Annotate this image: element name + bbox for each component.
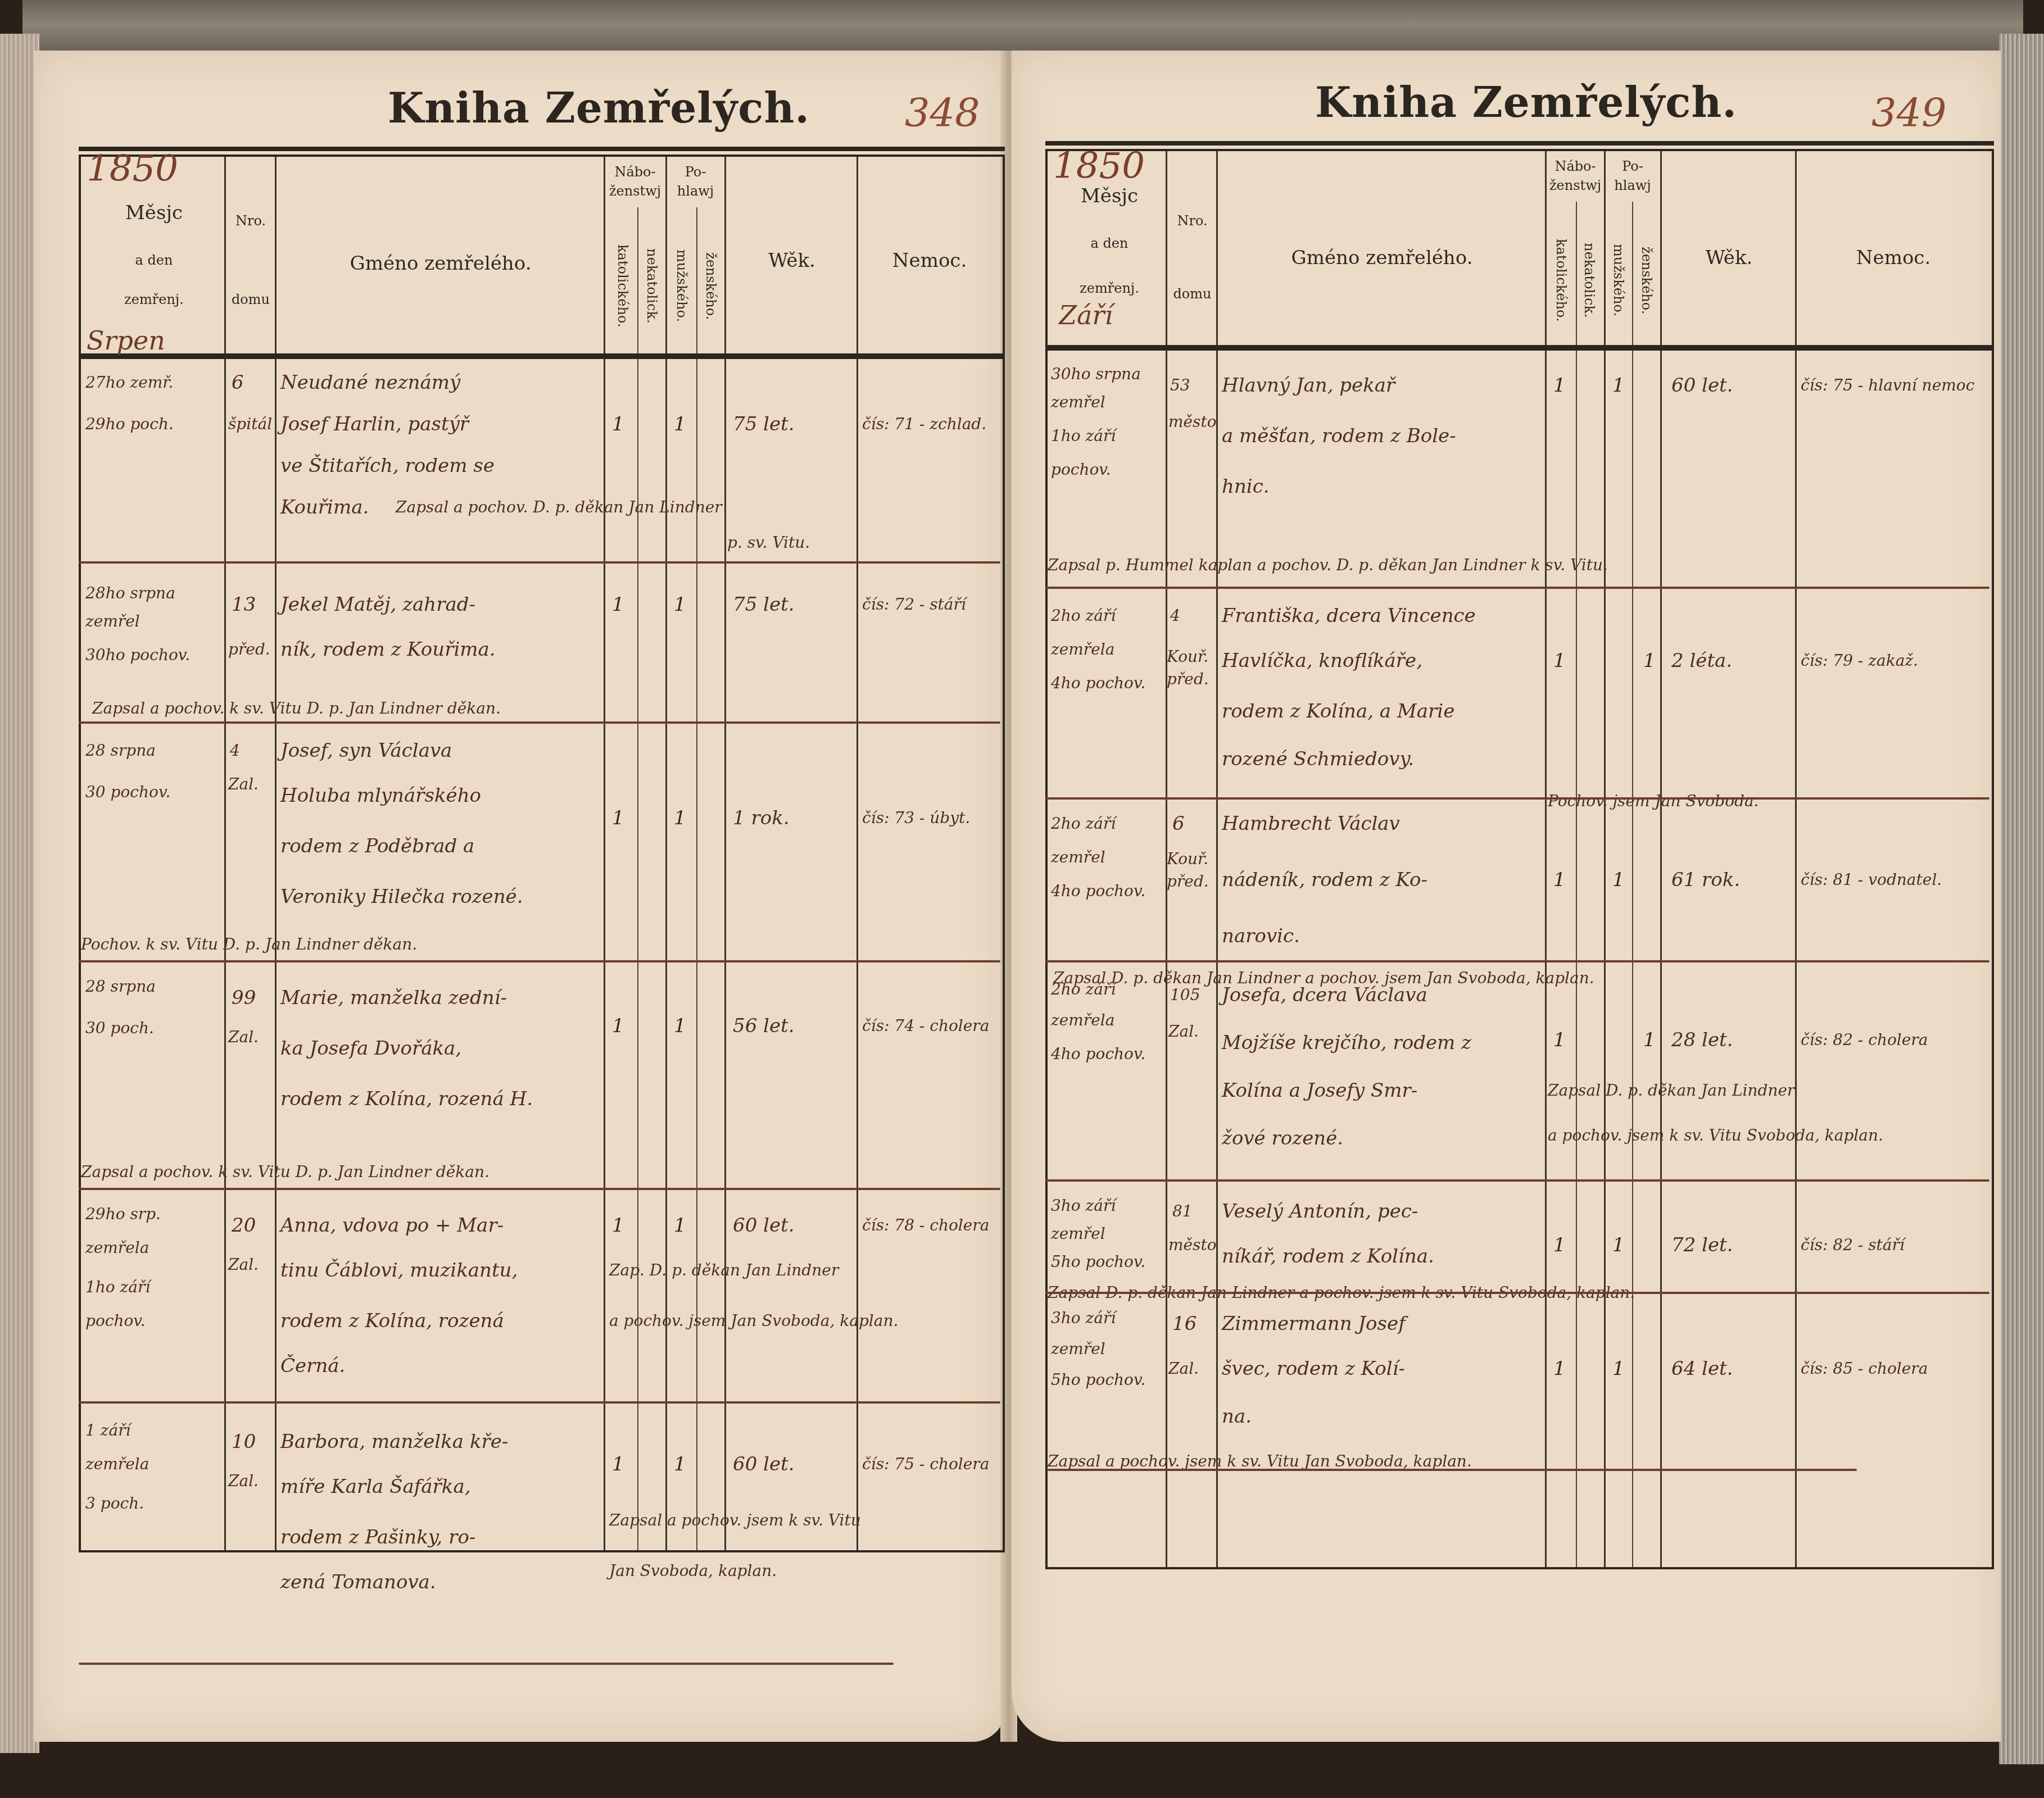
entry-name: žové rozené. bbox=[1222, 1118, 1343, 1159]
header-nro: Nro. bbox=[228, 213, 273, 229]
entry-name: Černá. bbox=[280, 1345, 345, 1387]
entry-disease: čís: 85 - cholera bbox=[1801, 1348, 1928, 1390]
entry-name: Josefa, dcera Václava bbox=[1222, 974, 1427, 1016]
entry-date: 30ho pochov. bbox=[85, 634, 190, 676]
entry-house: 4 bbox=[1170, 595, 1180, 637]
entry-burial-note: a pochov. jsem k sv. Vitu Svoboda, kapla… bbox=[1548, 1115, 1883, 1156]
entry-house: Kouř. před. bbox=[1167, 646, 1214, 691]
entry-name: na. bbox=[1222, 1396, 1252, 1437]
entry-age: 60 let. bbox=[1671, 365, 1733, 406]
entry-burial-note: Zapsal a pochov. k sv. Vitu D. p. Jan Li… bbox=[81, 1151, 490, 1193]
header-religion: Nábo-ženstwj bbox=[605, 162, 665, 201]
header-month: Měsjc bbox=[1053, 185, 1166, 207]
right-page-stack-edge bbox=[1999, 34, 2044, 1764]
entry-burial-note: p. sv. Vitu. bbox=[727, 522, 810, 564]
entry-house: 16 bbox=[1172, 1303, 1197, 1345]
entry-burial-note: Zapsal a pochov. D. p. děkan Jan Lindner bbox=[396, 487, 722, 528]
entry-name: Hlavný Jan, pekař bbox=[1222, 365, 1395, 406]
entry-age: 72 let. bbox=[1671, 1224, 1733, 1266]
entry-name: Josef, syn Václava bbox=[280, 730, 452, 771]
entry-age: 75 let. bbox=[733, 584, 795, 625]
table-top-rule bbox=[79, 147, 1005, 151]
header-male: mužského. bbox=[1611, 219, 1626, 342]
header-female: ženského. bbox=[1639, 219, 1655, 342]
entry-name: ník, rodem z Kouřima. bbox=[280, 629, 496, 670]
entry-name: rodem z Kolína, rozená bbox=[280, 1300, 504, 1342]
entry-religion-catholic: 1 bbox=[1553, 640, 1566, 682]
entry-name: Mojžíše krejčího, rodem z bbox=[1222, 1022, 1471, 1064]
entry-sex-male: 1 bbox=[1612, 365, 1625, 406]
year-label: 1850 bbox=[1053, 146, 1145, 187]
entry-separator bbox=[79, 1401, 1000, 1404]
entry-separator bbox=[1048, 1469, 1857, 1471]
entry-sex-female: 1 bbox=[674, 1005, 686, 1047]
col-divider bbox=[224, 157, 226, 1550]
month-heading: Září bbox=[1059, 300, 1113, 330]
entry-name: Kouřima. bbox=[280, 487, 369, 528]
entry-religion-catholic: 1 bbox=[612, 1005, 624, 1047]
header-died: zemřenj. bbox=[92, 292, 216, 307]
entry-sex-male: 1 bbox=[674, 584, 686, 625]
entry-separator bbox=[79, 561, 1000, 564]
right-page-title: Kniha Zemřelých. bbox=[1315, 79, 1737, 127]
entry-name: Neudané neznámý bbox=[280, 362, 460, 403]
entry-date: 4ho pochov. bbox=[1051, 870, 1145, 912]
entry-house: 6 bbox=[232, 362, 244, 403]
header-sex: Po-hlawj bbox=[667, 162, 724, 201]
entry-house: před. bbox=[228, 629, 270, 670]
entry-disease: čís: 75 - hlavní nemoc bbox=[1801, 365, 1974, 406]
entry-name: Kolína a Josefy Smr- bbox=[1222, 1070, 1417, 1111]
entry-date: 4ho pochov. bbox=[1051, 1033, 1145, 1075]
entry-separator bbox=[79, 1188, 1000, 1190]
entry-separator bbox=[1045, 1179, 1989, 1182]
entry-sex-female: 1 bbox=[674, 1205, 686, 1246]
entry-religion-catholic: 1 bbox=[612, 797, 624, 839]
entry-name: Josef Harlin, pastýř bbox=[280, 403, 469, 445]
entry-disease: čís: 71 - zchlad. bbox=[862, 403, 986, 445]
entry-date: 29ho poch. bbox=[85, 403, 174, 445]
entry-date: zemřela bbox=[85, 1443, 149, 1485]
header-catholic: katolického. bbox=[1553, 219, 1569, 342]
entry-disease: čís: 72 - stáří bbox=[862, 584, 966, 625]
entry-name: rodem z Kolína, a Marie bbox=[1222, 691, 1454, 732]
entry-name: Havlíčka, knoflíkáře, bbox=[1222, 640, 1422, 682]
header-female: ženského. bbox=[703, 224, 719, 348]
left-page-title: Kniha Zemřelých. bbox=[388, 84, 810, 133]
entry-age: 64 let. bbox=[1671, 1348, 1733, 1390]
col-divider bbox=[1545, 151, 1547, 1567]
header-bottom-rule bbox=[1048, 345, 1992, 351]
col-divider bbox=[604, 157, 605, 1550]
entry-house: Kouř. před. bbox=[1167, 848, 1214, 893]
entry-name: narovic. bbox=[1222, 915, 1300, 957]
entry-sex-male: 1 bbox=[1612, 859, 1625, 901]
entry-religion-catholic: 1 bbox=[612, 1443, 624, 1485]
entry-house: Zal. bbox=[228, 764, 259, 805]
entry-religion-catholic: 1 bbox=[1553, 1348, 1566, 1390]
header-disease: Nemoc. bbox=[1798, 247, 1989, 269]
entry-disease: čís: 81 - vodnatel. bbox=[1801, 859, 1942, 901]
entry-date: pochov. bbox=[1051, 449, 1111, 491]
entry-disease: čís: 82 - stáří bbox=[1801, 1224, 1905, 1266]
entry-sex-female: 1 bbox=[674, 1443, 686, 1485]
entry-name: Barbora, manželka kře- bbox=[280, 1421, 508, 1463]
col-divider bbox=[1216, 151, 1218, 1567]
entry-date: 4ho pochov. bbox=[1051, 662, 1145, 704]
entry-name: Marie, manželka zední- bbox=[280, 977, 507, 1019]
entry-religion-catholic: 1 bbox=[1553, 1224, 1566, 1266]
entry-separator bbox=[1045, 797, 1989, 800]
entry-age: 60 let. bbox=[733, 1443, 795, 1485]
entry-religion-catholic: 1 bbox=[1553, 365, 1566, 406]
entry-disease: čís: 79 - zakaž. bbox=[1801, 640, 1918, 682]
header-age: Wěk. bbox=[1663, 247, 1795, 269]
entry-house: město bbox=[1168, 401, 1217, 443]
entry-house: 10 bbox=[232, 1421, 256, 1463]
entry-name: švec, rodem z Kolí- bbox=[1222, 1348, 1405, 1390]
entry-religion-catholic: 1 bbox=[612, 584, 624, 625]
entry-house: 20 bbox=[232, 1205, 256, 1246]
entry-sex-female: 1 bbox=[1643, 640, 1656, 682]
entry-burial-note: a pochov. jsem Jan Svoboda, kaplan. bbox=[609, 1300, 898, 1342]
entry-burial-note: Zapsal p. Hummel kaplan a pochov. D. p. … bbox=[1048, 544, 1608, 586]
entry-house: 99 bbox=[232, 977, 256, 1019]
col-divider bbox=[1632, 202, 1633, 1567]
entry-age: 60 let. bbox=[733, 1205, 795, 1246]
col-divider bbox=[637, 207, 638, 1550]
entry-house: Zal. bbox=[228, 1244, 259, 1286]
entry-date: pochov. bbox=[85, 1300, 146, 1342]
entry-age: 61 rok. bbox=[1671, 859, 1740, 901]
table-top-rule bbox=[1045, 141, 1994, 146]
entry-separator bbox=[79, 721, 1000, 724]
entry-burial-note: Zapsal D. p. děkan Jan Lindner bbox=[1548, 1070, 1794, 1111]
entry-house: 13 bbox=[232, 584, 256, 625]
entry-date: 28 srpna bbox=[85, 730, 156, 771]
header-and-day: a den bbox=[1053, 235, 1166, 251]
entry-age: 1 rok. bbox=[733, 797, 790, 839]
entry-separator bbox=[1045, 960, 1989, 962]
entry-name: Hambrecht Václav bbox=[1222, 803, 1400, 844]
left-page-number: 348 bbox=[905, 90, 980, 136]
col-divider bbox=[1795, 151, 1797, 1567]
entry-separator bbox=[79, 1663, 894, 1665]
header-house: domu bbox=[228, 292, 273, 307]
entry-sex-male: 1 bbox=[1612, 1224, 1625, 1266]
entry-age: 28 let. bbox=[1671, 1019, 1733, 1061]
entry-house: Zal. bbox=[228, 1016, 259, 1058]
entry-date: 28 srpna bbox=[85, 966, 156, 1007]
entry-religion-catholic: 1 bbox=[1553, 859, 1566, 901]
entry-date: 30 pochov. bbox=[85, 771, 170, 813]
col-divider bbox=[1660, 151, 1662, 1567]
entry-name: Zimmermann Josef bbox=[1222, 1303, 1406, 1345]
left-register-table: 1850 Měsjc a den zemřenj. Nro. domu Gmén… bbox=[79, 155, 1005, 1552]
header-non-catholic: nekatolick. bbox=[644, 224, 660, 348]
entry-burial-note: Jan Svoboda, kaplan. bbox=[609, 1550, 777, 1592]
header-died: zemřenj. bbox=[1053, 280, 1166, 296]
entry-house: město bbox=[1168, 1224, 1217, 1266]
entry-name: tinu Čáblovi, muzikantu, bbox=[280, 1250, 518, 1291]
entry-separator bbox=[1045, 1292, 1989, 1294]
entry-name: Veselý Antonín, pec- bbox=[1222, 1191, 1418, 1232]
header-bottom-rule bbox=[81, 353, 1003, 359]
entry-name: zená Tomanova. bbox=[280, 1561, 436, 1603]
entry-name: rodem z Kolína, rozená H. bbox=[280, 1078, 533, 1120]
entry-name: míře Karla Šafářka, bbox=[280, 1466, 471, 1508]
entry-date: 30 poch. bbox=[85, 1007, 154, 1049]
header-sex: Po-hlawj bbox=[1605, 157, 1660, 195]
entry-age: 75 let. bbox=[733, 403, 795, 445]
entry-disease: čís: 75 - cholera bbox=[862, 1443, 989, 1485]
entry-age: 56 let. bbox=[733, 1005, 795, 1047]
entry-name: ka Josefa Dvořáka, bbox=[280, 1028, 461, 1069]
entry-name: Holuba mlynářského bbox=[280, 775, 481, 816]
entry-name: Anna, vdova po + Mar- bbox=[280, 1205, 504, 1246]
col-divider bbox=[1576, 202, 1577, 1567]
header-name-deceased: Gméno zemřelého. bbox=[1219, 247, 1545, 269]
month-heading: Srpen bbox=[87, 325, 165, 356]
header-house: domu bbox=[1168, 286, 1216, 302]
entry-burial-note: Zapsal a pochov. jsem k sv. Vitu bbox=[609, 1500, 861, 1541]
entry-name: ve Štitařích, rodem se bbox=[280, 445, 495, 487]
entry-burial-note: Zapsal a pochov. jsem k sv. Vitu Jan Svo… bbox=[1048, 1441, 1472, 1482]
header-month: Měsjc bbox=[92, 202, 216, 224]
entry-name: rodem z Poděbrad a bbox=[280, 825, 474, 867]
entry-separator bbox=[79, 960, 1000, 962]
header-religion: Nábo-ženstwj bbox=[1547, 157, 1604, 195]
entry-name: Veroniky Hilečka rozené. bbox=[280, 876, 523, 918]
header-age: Wěk. bbox=[727, 249, 856, 272]
entry-name: hnic. bbox=[1222, 466, 1270, 507]
entry-sex-female: 1 bbox=[1643, 1019, 1656, 1061]
header-male: mužského. bbox=[674, 224, 690, 348]
entry-religion-catholic: 1 bbox=[612, 1205, 624, 1246]
header-and-day: a den bbox=[92, 252, 216, 268]
col-divider bbox=[696, 207, 697, 1550]
header-disease: Nemoc. bbox=[859, 249, 1000, 272]
entry-disease: čís: 82 - cholera bbox=[1801, 1019, 1928, 1061]
entry-house: špitál bbox=[228, 403, 272, 445]
header-non-catholic: nekatolick. bbox=[1581, 219, 1597, 342]
entry-name: níkář, rodem z Kolína. bbox=[1222, 1236, 1434, 1277]
entry-name: rozené Schmiedovy. bbox=[1222, 738, 1414, 780]
entry-sex-male: 1 bbox=[674, 403, 686, 445]
entry-house: Zal. bbox=[1168, 1011, 1199, 1052]
col-divider bbox=[275, 157, 277, 1550]
entry-burial-note: Pochov. jsem Jan Svoboda. bbox=[1548, 780, 1759, 822]
entry-disease: čís: 73 - úbyt. bbox=[862, 797, 970, 839]
header-nro: Nro. bbox=[1168, 213, 1216, 229]
entry-house: 53 bbox=[1170, 365, 1190, 406]
entry-age: 2 léta. bbox=[1671, 640, 1732, 682]
entry-separator bbox=[1045, 587, 1989, 589]
entry-house: Zal. bbox=[228, 1460, 259, 1502]
entry-sex-male: 1 bbox=[674, 797, 686, 839]
entry-name: nádeník, rodem z Ko- bbox=[1222, 859, 1427, 901]
entry-date: 27ho zemř. bbox=[85, 362, 174, 403]
entry-burial-note: Pochov. k sv. Vitu D. p. Jan Lindner děk… bbox=[81, 924, 417, 965]
entry-house: 105 bbox=[1170, 974, 1200, 1016]
entry-date: 3 poch. bbox=[85, 1483, 144, 1524]
entry-religion-catholic: 1 bbox=[612, 403, 624, 445]
entry-disease: čís: 78 - cholera bbox=[862, 1205, 989, 1246]
right-page-number: 349 bbox=[1871, 90, 1947, 136]
col-divider bbox=[1604, 151, 1606, 1567]
entry-name: Františka, dcera Vincence bbox=[1222, 595, 1476, 637]
entry-disease: čís: 74 - cholera bbox=[862, 1005, 989, 1047]
entry-date: 5ho pochov. bbox=[1051, 1359, 1145, 1401]
entry-sex-male: 1 bbox=[1612, 1348, 1625, 1390]
header-catholic: katolického. bbox=[615, 224, 631, 348]
entry-name: rodem z Pašinky, ro- bbox=[280, 1517, 475, 1558]
year-label: 1850 bbox=[87, 148, 178, 190]
entry-house: 6 bbox=[1172, 803, 1185, 844]
header-name-deceased: Gméno zemřelého. bbox=[278, 252, 604, 275]
entry-burial-note: Zap. D. p. děkan Jan Lindner bbox=[609, 1250, 839, 1291]
right-register-table: 1850 Měsjc a den zemřenj. Nro. domu Gmén… bbox=[1045, 149, 1994, 1569]
entry-religion-catholic: 1 bbox=[1553, 1019, 1566, 1061]
entry-house: Zal. bbox=[1168, 1348, 1199, 1390]
entry-date: zemřela bbox=[85, 1227, 149, 1269]
entry-name: Jekel Matěj, zahrad- bbox=[280, 584, 475, 625]
entry-name: a měšťan, rodem z Bole- bbox=[1222, 415, 1456, 457]
